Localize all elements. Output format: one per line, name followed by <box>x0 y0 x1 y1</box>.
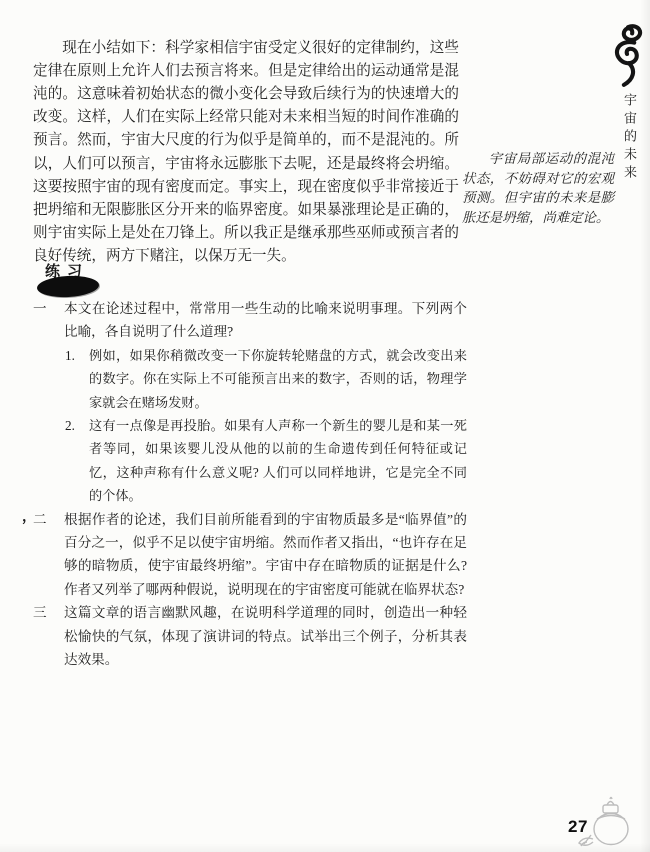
exercise-question-3: 三 这篇文章的语言幽默风趣，在说明科学道理的同时，创造出一种轻松愉快的气氛，体现… <box>33 601 467 671</box>
question-3-text: 这篇文章的语言幽默风趣，在说明科学道理的同时，创造出一种轻松愉快的气氛，体现了演… <box>64 605 467 667</box>
question-2-text: 根据作者的论述，我们目前所能看到的宇宙物质最多是“临界值”的百分之一，似乎不足以… <box>64 512 467 597</box>
exercise-question-2: ， 二 根据作者的论述，我们目前所能看到的宇宙物质最多是“临界值”的百分之一，似… <box>33 508 467 602</box>
exercise-question-list: 一 本文在论述过程中，常常用一些生动的比喻来说明事理。下列两个比喻，各自说明了什… <box>33 297 467 672</box>
question-2-marker: 二 <box>33 508 61 531</box>
exercise-stamp: 练习 <box>36 255 112 303</box>
subitem-2-text: 这有一点像是再投胎。如果有人声称一个新生的婴儿是和某一死者等同，如果该婴儿没从他… <box>89 418 467 503</box>
question-1-subitem-2: 2. 这有一点像是再投胎。如果有人声称一个新生的婴儿是和某一死者等同，如果该婴儿… <box>64 414 467 508</box>
question-1-marker: 一 <box>33 297 61 320</box>
flourish-ornament-icon <box>606 21 648 89</box>
question-1-subitem-1: 1. 例如，如果你稍微改变一下你旋转轮赌盘的方式，就会改变出来的数字。你在实际上… <box>64 344 467 414</box>
textbook-page: 现在小结如下：科学家相信宇宙受定义很好的定律制约，这些定律在原则上允许人们去预言… <box>0 0 650 852</box>
subitem-1-marker: 1. <box>65 344 75 367</box>
exercise-question-1: 一 本文在论述过程中，常常用一些生动的比喻来说明事理。下列两个比喻，各自说明了什… <box>33 297 467 508</box>
margin-note: 宇宙局部运动的混沌状态，不妨碍对它的宏观预测。但宇宙的未来是膨胀还是坍缩，尚难定… <box>462 149 614 227</box>
pot-decoration-icon <box>540 793 644 852</box>
subitem-1-text: 例如，如果你稍微改变一下你旋转轮赌盘的方式，就会改变出来的数字。你在实际上不可能… <box>89 348 467 410</box>
question-3-marker: 三 <box>33 601 61 624</box>
scan-edge-shadow-right <box>640 0 650 852</box>
chapter-title-vertical: 宇宙的未来 <box>620 93 639 183</box>
question-1-text: 本文在论述过程中，常常用一些生动的比喻来说明事理。下列两个比喻，各自说明了什么道… <box>64 301 467 339</box>
page-number: 27 <box>568 817 588 837</box>
page-number-area: 27 <box>540 793 644 852</box>
subitem-2-marker: 2. <box>65 414 75 437</box>
summary-paragraph: 现在小结如下：科学家相信宇宙受定义很好的定律制约，这些定律在原则上允许人们去预言… <box>33 37 459 269</box>
